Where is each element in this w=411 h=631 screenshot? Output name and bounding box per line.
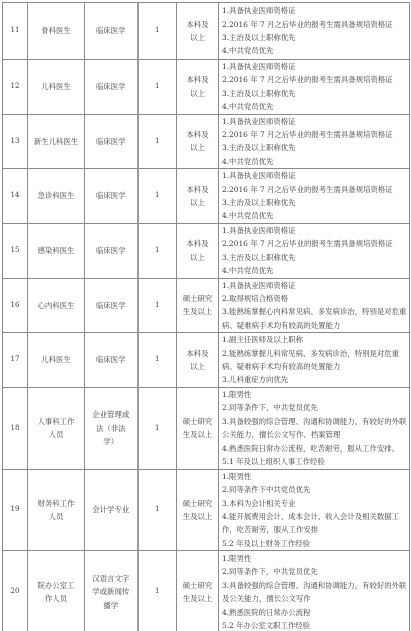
table-row: 20 院办公室工作人员 汉语言文字学或新闻传播学 1 硕士研究生及以上 1.限男… [3, 551, 410, 631]
headcount: 1 [138, 169, 177, 224]
requirement-line: 3.本科为会计相关专业 [222, 497, 408, 510]
education: 本科及以上 [177, 114, 219, 169]
row-index: 14 [3, 169, 28, 224]
requirements: 1.副主任医师及以上职称 2.能熟练掌握儿科常见病、多发病诊治，特别是对危重病、… [219, 333, 410, 388]
row-index: 13 [3, 114, 28, 169]
position-name: 财务科工作人员 [28, 469, 85, 550]
table-row: 18 人事科工作人员 企业管理或法（非法学） 1 硕士研究生及以上 1.限男性 … [3, 387, 410, 469]
requirement-line: 2.2016 年 7 月之后毕业的报考生需具备规培资格证 [222, 18, 408, 31]
position-name: 骨科医生 [28, 3, 85, 60]
headcount: 1 [138, 278, 177, 333]
major: 临床医学 [85, 60, 138, 115]
requirements: 1.具备执业医师资格证 2.2016 年 7 月之后毕业的报考生需具备规培资格证… [219, 114, 410, 169]
requirement-line: 1.具备执业医师资格证 [222, 4, 408, 17]
requirement-line: 3.具备较强的综合管理、沟通和协调能力，有较好的外联公关能力，擅长公文写作、档案… [222, 415, 408, 442]
headcount: 1 [138, 387, 177, 469]
position-name: 新生儿科医生 [28, 114, 85, 169]
row-index: 16 [3, 278, 28, 333]
major: 临床医学 [85, 223, 138, 278]
major: 临床医学 [85, 333, 138, 388]
requirement-line: 2.2016 年 7 月之后毕业的报考生需具备规培资格证 [222, 128, 408, 141]
requirement-line: 3.能熟练掌握心内科常见病、多发病诊治，特别是对危重病、疑难病手术均有较高的处置… [222, 305, 408, 332]
headcount: 1 [138, 3, 177, 60]
requirement-line: 3.主治及以上职称优先 [222, 141, 408, 154]
requirement-line: 1.限男性 [222, 552, 408, 565]
headcount: 1 [138, 551, 177, 631]
education: 硕士研究生及以上 [177, 278, 219, 333]
position-name: 院办公室工作人员 [28, 551, 85, 631]
headcount: 1 [138, 333, 177, 388]
table-row: 14 急诊科医生 临床医学 1 本科及以上 1.具备执业医师资格证 2.2016… [3, 169, 410, 224]
row-index: 11 [3, 3, 28, 60]
requirement-line: 2.2016 年 7 月之后毕业的报考生需具备规培资格证 [222, 73, 408, 86]
requirement-line: 3.主治及以上职称优先 [222, 31, 408, 44]
requirement-line: 3.主治及以上职称优先 [222, 196, 408, 209]
major: 会计学专业 [85, 469, 138, 550]
requirement-line: 3.具备较强的综合管理、沟通和协调能力，有较好的外联及公关能力，擅长公文写作 [222, 579, 408, 606]
education: 本科及以上 [177, 169, 219, 224]
major: 汉语言文字学或新闻传播学 [85, 551, 138, 631]
table-row: 13 新生儿科医生 临床医学 1 本科及以上 1.具备执业医师资格证 2.201… [3, 114, 410, 169]
requirement-line: 1.具备执业医师资格证 [222, 224, 408, 237]
requirements: 1.限男性 2.同等条件下中共党员优先 3.本科为会计相关专业 4.能开展费用会… [219, 469, 410, 550]
requirement-line: 4.能开展费用会计、成本会计、收入会计及相关数据工作，吃苦耐劳，服从工作安排 [222, 510, 408, 537]
row-index: 18 [3, 387, 28, 469]
requirement-line: 2.2016 年 7 月之后毕业的报考生需具备规培资格证 [222, 237, 408, 250]
position-name: 人事科工作人员 [28, 387, 85, 469]
row-index: 12 [3, 60, 28, 115]
requirement-line: 1.副主任医师及以上职称 [222, 333, 408, 346]
table-row: 12 儿科医生 临床医学 1 本科及以上 1.具备执业医师资格证 2.2016 … [3, 60, 410, 115]
headcount: 1 [138, 60, 177, 115]
requirement-line: 2.同等条件下，中共党员优先 [222, 401, 408, 414]
major: 企业管理或法（非法学） [85, 387, 138, 469]
table-row: 15 感染科医生 临床医学 1 本科及以上 1.具备执业医师资格证 2.2016… [3, 223, 410, 278]
headcount: 1 [138, 223, 177, 278]
row-index: 20 [3, 551, 28, 631]
position-name: 心内科医生 [28, 278, 85, 333]
requirement-line: 2.取得规培合格资格 [222, 292, 408, 305]
recruitment-table: 11 骨科医生 临床医学 1 本科及以上 1.具备执业医师资格证 2.2016 … [2, 2, 410, 631]
position-name: 儿科医生 [28, 60, 85, 115]
requirements: 1.具备执业医师资格证 2.2016 年 7 月之后毕业的报考生需具备规培资格证… [219, 60, 410, 115]
requirements: 1.具备执业医师资格证 2.2016 年 7 月之后毕业的报考生需具备规培资格证… [219, 169, 410, 224]
requirement-line: 3.主治及以上职称优先 [222, 251, 408, 264]
requirement-line: 4.中共党员优先 [222, 100, 408, 113]
requirement-line: 1.具备执业医师资格证 [222, 279, 408, 292]
education: 本科及以上 [177, 3, 219, 60]
requirement-line: 3.主治及以上职称优先 [222, 87, 408, 100]
requirement-line: 2.同等条件下，中共党员优先 [222, 565, 408, 578]
requirement-line: 4.中共党员优先 [222, 209, 408, 222]
education: 硕士研究生及以上 [177, 387, 219, 469]
row-index: 15 [3, 223, 28, 278]
major: 临床医学 [85, 278, 138, 333]
requirements: 1.具备执业医师资格证 2.取得规培合格资格 3.能熟练掌握心内科常见病、多发病… [219, 278, 410, 333]
requirements: 1.限男性 2.同等条件下，中共党员优先 3.具备较强的综合管理、沟通和协调能力… [219, 551, 410, 631]
requirements: 1.具备执业医师资格证 2.2016 年 7 月之后毕业的报考生需具备规培资格证… [219, 223, 410, 278]
requirement-line: 5.2 年办公室文职工作经验 [222, 619, 408, 631]
education: 本科及以上 [177, 333, 219, 388]
requirement-line: 1.具备执业医师资格证 [222, 60, 408, 73]
headcount: 1 [138, 469, 177, 550]
education: 硕士研究生及以上 [177, 469, 219, 550]
table-row: 16 心内科医生 临床医学 1 硕士研究生及以上 1.具备执业医师资格证 2.取… [3, 278, 410, 333]
row-index: 17 [3, 333, 28, 388]
requirement-line: 1.具备执业医师资格证 [222, 169, 408, 182]
headcount: 1 [138, 114, 177, 169]
requirement-line: 5.2 年及以上财务工作经验 [222, 537, 408, 550]
requirement-line: 2.2016 年 7 月之后毕业的报考生需具备规培资格证 [222, 183, 408, 196]
requirement-line: 3.儿科重症方向优先 [222, 373, 408, 386]
requirement-line: 4.中共党员优先 [222, 44, 408, 57]
table-row: 11 骨科医生 临床医学 1 本科及以上 1.具备执业医师资格证 2.2016 … [3, 3, 410, 60]
requirement-line: 1.具备执业医师资格证 [222, 115, 408, 128]
requirement-line: 2.同等条件下中共党员优先 [222, 483, 408, 496]
requirement-line: 1.限男性 [222, 388, 408, 401]
requirement-line: 4.熟悉医院日常办公流程，吃苦耐劳，服从工作安排。 [222, 442, 408, 455]
requirement-line: 4.熟悉医院的日常办公流程 [222, 606, 408, 619]
row-index: 19 [3, 469, 28, 550]
position-name: 感染科医生 [28, 223, 85, 278]
major: 临床医学 [85, 114, 138, 169]
major: 临床医学 [85, 3, 138, 60]
requirement-line: 1.限男性 [222, 470, 408, 483]
education: 硕士研究生及以上 [177, 551, 219, 631]
position-name: 急诊科医生 [28, 169, 85, 224]
table-row: 17 儿科医生 临床医学 1 本科及以上 1.副主任医师及以上职称 2.能熟练掌… [3, 333, 410, 388]
requirement-line: 4.中共党员优先 [222, 264, 408, 277]
major: 临床医学 [85, 169, 138, 224]
requirements: 1.限男性 2.同等条件下，中共党员优先 3.具备较强的综合管理、沟通和协调能力… [219, 387, 410, 469]
requirement-line: 2.能熟练掌握儿科常见病、多发病诊治，特别是对危重病、疑难病手术均有较高的处置能… [222, 347, 408, 374]
position-name: 儿科医生 [28, 333, 85, 388]
requirement-line: 4.中共党员优先 [222, 155, 408, 168]
requirements: 1.具备执业医师资格证 2.2016 年 7 月之后毕业的报考生需具备规培资格证… [219, 3, 410, 60]
education: 本科及以上 [177, 223, 219, 278]
requirement-line: 5.1 年及以上组织人事工作经验 [222, 455, 408, 468]
table-row: 19 财务科工作人员 会计学专业 1 硕士研究生及以上 1.限男性 2.同等条件… [3, 469, 410, 550]
education: 本科及以上 [177, 60, 219, 115]
